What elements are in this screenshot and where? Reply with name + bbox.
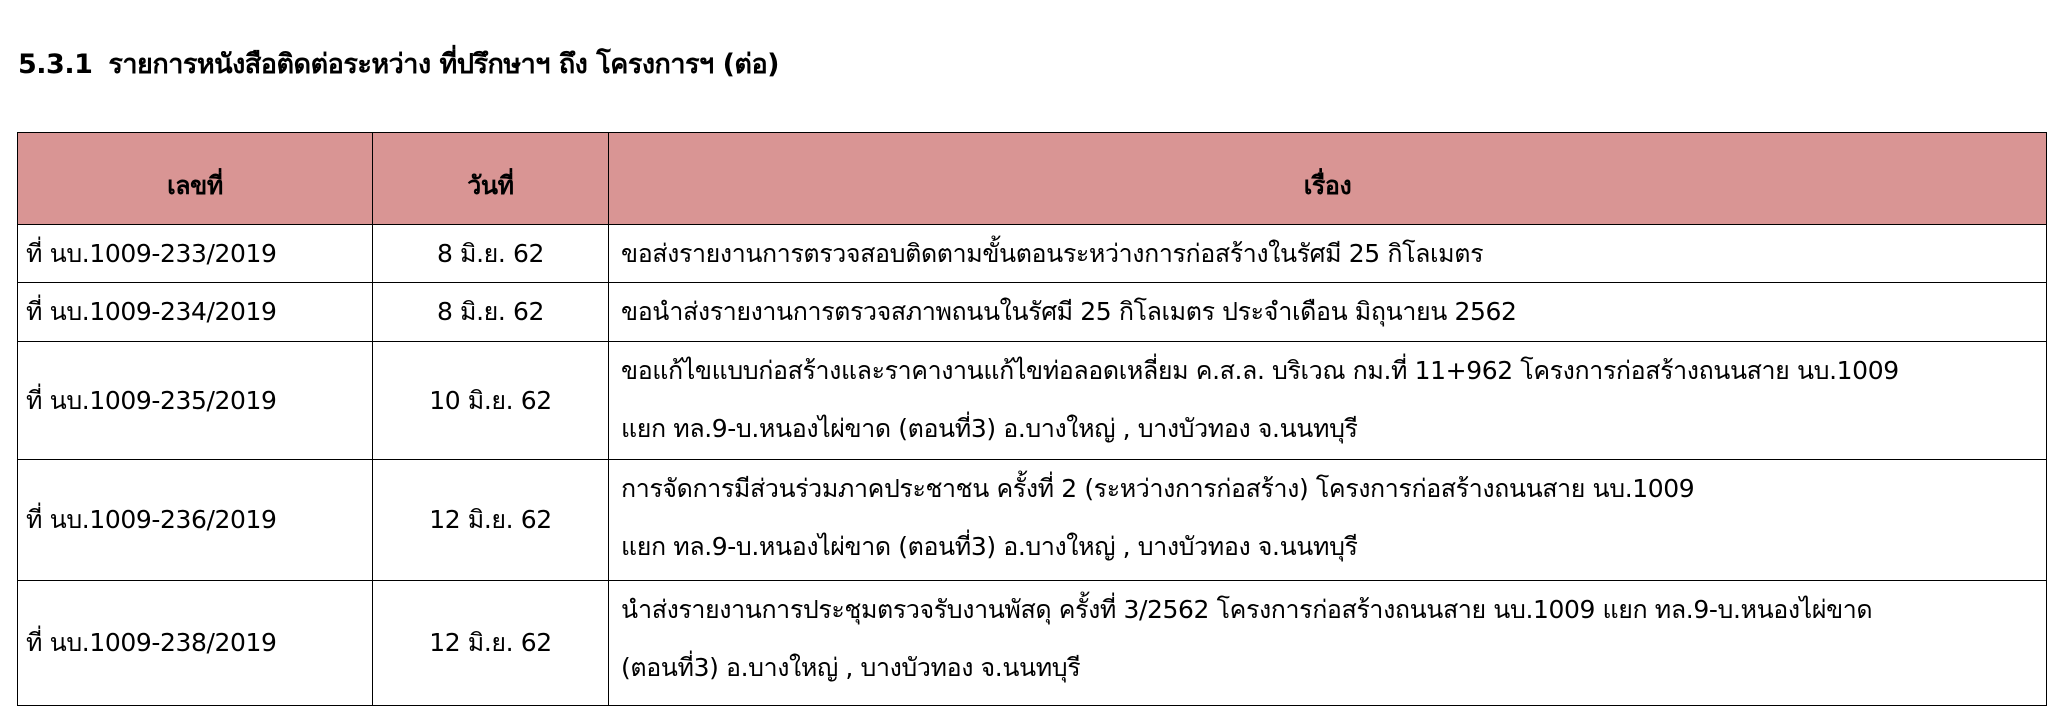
cell-subject: การจัดการมีส่วนร่วมภาคประชาชน ครั้งที่ 2…	[609, 460, 2047, 581]
header-row: เลขที่ วันที่ เรื่อง	[18, 133, 2047, 225]
subject-line: (ตอนที่3) อ.บางใหญ่ , บางบัวทอง จ.นนทบุร…	[621, 639, 2046, 697]
cell-letter-number: ที่ นบ.1009-238/2019	[18, 581, 373, 706]
column-header-date: วันที่	[373, 133, 609, 225]
cell-letter-number: ที่ นบ.1009-235/2019	[18, 342, 373, 460]
column-header-subject: เรื่อง	[609, 133, 2047, 225]
table-row: ที่ นบ.1009-233/2019 8 มิ.ย. 62 ขอส่งราย…	[18, 225, 2047, 283]
cell-date: 8 มิ.ย. 62	[373, 283, 609, 342]
subject-line: ขอนำส่งรายงานการตรวจสภาพถนนในรัศมี 25 กิ…	[621, 283, 2046, 340]
table-row: ที่ นบ.1009-235/2019 10 มิ.ย. 62 ขอแก้ไข…	[18, 342, 2047, 460]
cell-date: 12 มิ.ย. 62	[373, 460, 609, 581]
table-row: ที่ นบ.1009-238/2019 12 มิ.ย. 62 นำส่งรา…	[18, 581, 2047, 706]
cell-letter-number: ที่ นบ.1009-236/2019	[18, 460, 373, 581]
table-body: ที่ นบ.1009-233/2019 8 มิ.ย. 62 ขอส่งราย…	[18, 225, 2047, 706]
correspondence-table: เลขที่ วันที่ เรื่อง ที่ นบ.1009-233/201…	[17, 132, 2047, 706]
cell-letter-number: ที่ นบ.1009-234/2019	[18, 283, 373, 342]
table-header: เลขที่ วันที่ เรื่อง	[18, 133, 2047, 225]
subject-line: นำส่งรายงานการประชุมตรวจรับงานพัสดุ ครั้…	[621, 581, 2046, 639]
section-title-text: รายการหนังสือติดต่อระหว่าง ที่ปรึกษาฯ ถึ…	[108, 49, 779, 80]
cell-subject: ขอแก้ไขแบบก่อสร้างและราคางานแก้ไขท่อลอดเ…	[609, 342, 2047, 460]
subject-line: แยก ทล.9-บ.หนองไผ่ขาด (ตอนที่3) อ.บางใหญ…	[621, 518, 2046, 576]
subject-line: การจัดการมีส่วนร่วมภาคประชาชน ครั้งที่ 2…	[621, 460, 2046, 518]
subject-line: ขอแก้ไขแบบก่อสร้างและราคางานแก้ไขท่อลอดเ…	[621, 342, 2046, 400]
cell-date: 10 มิ.ย. 62	[373, 342, 609, 460]
cell-date: 12 มิ.ย. 62	[373, 581, 609, 706]
cell-letter-number: ที่ นบ.1009-233/2019	[18, 225, 373, 283]
subject-line: ขอส่งรายงานการตรวจสอบติดตามขั้นตอนระหว่า…	[621, 225, 2046, 282]
table-row: ที่ นบ.1009-236/2019 12 มิ.ย. 62 การจัดก…	[18, 460, 2047, 581]
subject-line: แยก ทล.9-บ.หนองไผ่ขาด (ตอนที่3) อ.บางใหญ…	[621, 400, 2046, 458]
cell-subject: ขอนำส่งรายงานการตรวจสภาพถนนในรัศมี 25 กิ…	[609, 283, 2047, 342]
column-header-number: เลขที่	[18, 133, 373, 225]
section-heading: 5.3.1รายการหนังสือติดต่อระหว่าง ที่ปรึกษ…	[18, 42, 779, 85]
section-number: 5.3.1	[18, 49, 92, 80]
cell-date: 8 มิ.ย. 62	[373, 225, 609, 283]
table-row: ที่ นบ.1009-234/2019 8 มิ.ย. 62 ขอนำส่งร…	[18, 283, 2047, 342]
cell-subject: นำส่งรายงานการประชุมตรวจรับงานพัสดุ ครั้…	[609, 581, 2047, 706]
cell-subject: ขอส่งรายงานการตรวจสอบติดตามขั้นตอนระหว่า…	[609, 225, 2047, 283]
